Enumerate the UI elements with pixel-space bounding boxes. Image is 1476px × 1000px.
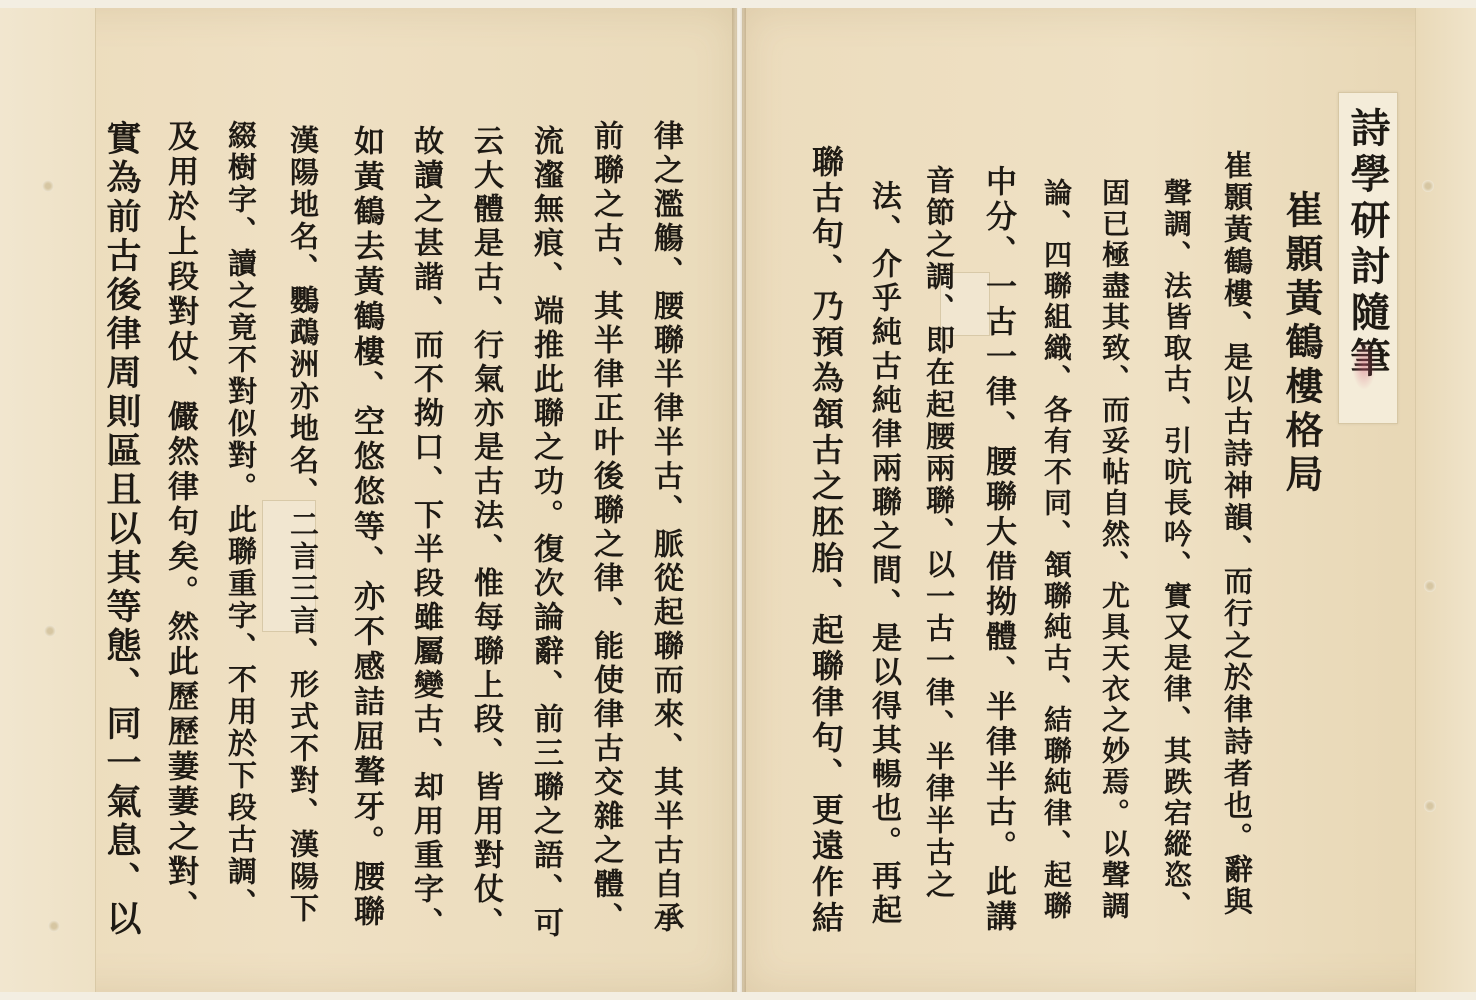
center-fold: [732, 8, 746, 992]
text-column: 綴樹字、讀之竟不對似對。此聯重字、不用於下段古調、: [226, 120, 255, 920]
text-column: 中分、一古一律、腰聯大借拗體、半律半古。此講: [982, 165, 1013, 935]
binding-hole: [1424, 800, 1436, 812]
text-column: 聯古句、乃預為頷古之胚胎、起聯律句、更遠作結: [810, 145, 842, 937]
binding-hole: [42, 180, 54, 192]
text-column: 云大體是古、行氣亦是古法、惟每聯上段、皆用對仗、: [470, 125, 500, 941]
text-column: 法、介乎純古純律兩聯之間、是以得其暢也。再起: [868, 180, 898, 928]
binding-hole: [1424, 580, 1436, 592]
binding-hole: [48, 920, 60, 932]
binding-hole: [1422, 180, 1434, 192]
text-column: 崔顥黃鶴樓、是以古詩神韻、而行之於律詩者也。辭與: [1222, 150, 1251, 918]
text-column: 前聯之古、其半律正叶後聯之律、能使律古交雜之體、: [590, 120, 620, 936]
text-column: 流瀣無痕、端推此聯之功。復次論辭、前三聯之語、可: [530, 125, 560, 941]
text-column: 實為前古後律周則區且以其等態、同一氣息、以: [104, 120, 139, 939]
text-column: 論、四聯組織、各有不同、頷聯純古、結聯純律、起聯: [1042, 178, 1070, 922]
text-column: 聲調、法皆取古、引吭長吟、實又是律、其跌宕縱恣、: [1162, 178, 1190, 922]
text-column: 律之濫觴、腰聯半律半古、脈從起聯而來、其半古自承: [650, 120, 680, 936]
text-column: 固已極盡其致、而妥帖自然、尤具天衣之妙焉。以聲調: [1100, 178, 1128, 922]
right-binding-margin: [1415, 8, 1476, 992]
text-column: 如黃鶴去黃鶴樓、空悠悠等、亦不感詰屈聱牙。腰聯: [350, 125, 381, 930]
text-column: 故讀之甚諧、而不拗口、下半段雖屬變古、却用重字、: [410, 125, 440, 941]
text-column: 漢陽地名、鸚鵡洲亦地名、二言三言、形式不對、漢陽下: [288, 125, 317, 925]
book-spread: 詩學研討隨筆 崔顥黃鶴樓格局 崔顥黃鶴樓、是以古詩神韻、而行之於律詩者也。辭與 …: [0, 0, 1476, 1000]
document-subtitle: 崔顥黃鶴樓格局: [1282, 190, 1320, 498]
red-seal-mark: [1352, 340, 1376, 390]
text-column: 及用於上段對仗、儼然律句矣。然此歷歷萋萋之對、: [164, 120, 195, 925]
text-column: 音節之調、即在起腰兩聯、以一古一律、半律半古之: [924, 165, 953, 901]
torn-left-edge: [0, 8, 96, 992]
binding-hole: [44, 625, 56, 637]
